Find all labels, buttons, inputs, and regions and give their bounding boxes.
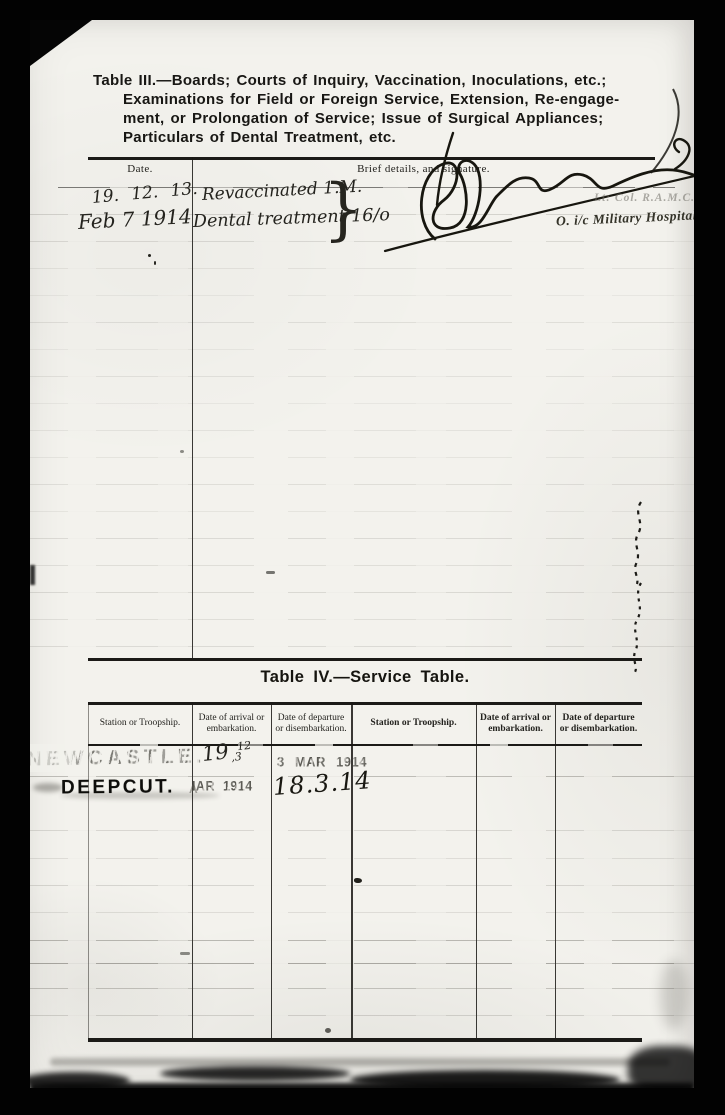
ruled-line [30,349,694,350]
table4-title: Table IV.—Service Table. [88,668,642,687]
ink-speck [148,254,151,257]
ruled-line [30,403,694,404]
ruled-line [30,322,694,323]
ink-speck [266,571,275,574]
edge-nick [30,565,35,585]
heading-line: Table III.—Boards; Courts of Inquiry, Va… [93,72,607,89]
ruled-line [30,565,694,566]
station-stamp-deepcut: DEEPCUT. [61,777,175,800]
table4-header-station-1: Station or Troopship. [88,704,192,744]
bottom-grime [50,1058,670,1066]
old-stamp-smudge [33,783,63,792]
stamp-fade-patch [30,744,76,772]
ruled-line [30,988,694,989]
ink-speck [154,261,156,265]
ruled-line [30,646,694,647]
ruled-line [30,885,694,886]
ruled-line [30,484,694,485]
arrival-fraction: 12,3 [230,741,253,763]
bottom-grime [160,1066,350,1081]
margin-ink-squiggle [625,498,655,588]
ruled-line [30,830,694,831]
bottom-grime [628,1046,694,1088]
edge-mottle [660,960,688,1030]
arrival-stamp-deepcut: MAR 1914 [193,779,253,794]
ink-speck [354,878,362,883]
table4-header-departure-2: Date of departure or disembarkation. [555,704,642,744]
arrival-date-newcastle: 1912,3 [201,737,253,766]
corner-shadow [30,20,92,66]
ruled-line [30,940,694,941]
ink-speck [180,952,190,955]
margin-ink-squiggle [623,580,653,675]
scanned-document: Table III.—Boards; Courts of Inquiry, Va… [0,0,725,1115]
ruled-line [30,430,694,431]
ruled-line [30,619,694,620]
rank-stamp: Lt: Col. R.A.M.C. [560,192,694,204]
ink-speck [180,450,184,453]
heading-line: Examinations for Field or Foreign Servic… [123,91,619,108]
margin-ink-curve [645,85,694,175]
ruled-line [30,295,694,296]
ruled-line [30,538,694,539]
ruled-line [30,858,694,859]
entry-date-2: Feb 7 1914 [77,204,192,234]
ruled-line [30,963,694,964]
arrival-fraction-bottom: ,3 [231,751,253,763]
ruled-line [30,592,694,593]
ruled-line [30,912,694,913]
ruled-line [30,511,694,512]
ruled-line [30,457,694,458]
arrival-day: 19 [201,739,230,766]
table4-header-departure-1: Date of departure or disembarkation. [271,704,351,744]
table4-bottom-border [88,1038,642,1042]
departure-date-deepcut: 18.3.14 [272,766,372,801]
table4-header-arrival-2: Date of arrival or embarkation. [476,704,555,744]
paper-bottom-band [30,1083,694,1088]
table3-column-divider [192,157,193,660]
table4-header-station-2: Station or Troopship. [351,704,476,744]
scanned-page: Table III.—Boards; Courts of Inquiry, Va… [30,20,694,1088]
ruled-line [30,376,694,377]
table3-bottom-border [88,658,642,661]
table3-date-header: Date. [88,163,192,175]
ink-speck [325,1028,331,1033]
ruled-line [30,1015,694,1016]
arrival-stamp-deepcut-clip: MAR 1914 [193,779,269,797]
heading-line: ment, or Prolongation of Service; Issue … [123,110,603,127]
